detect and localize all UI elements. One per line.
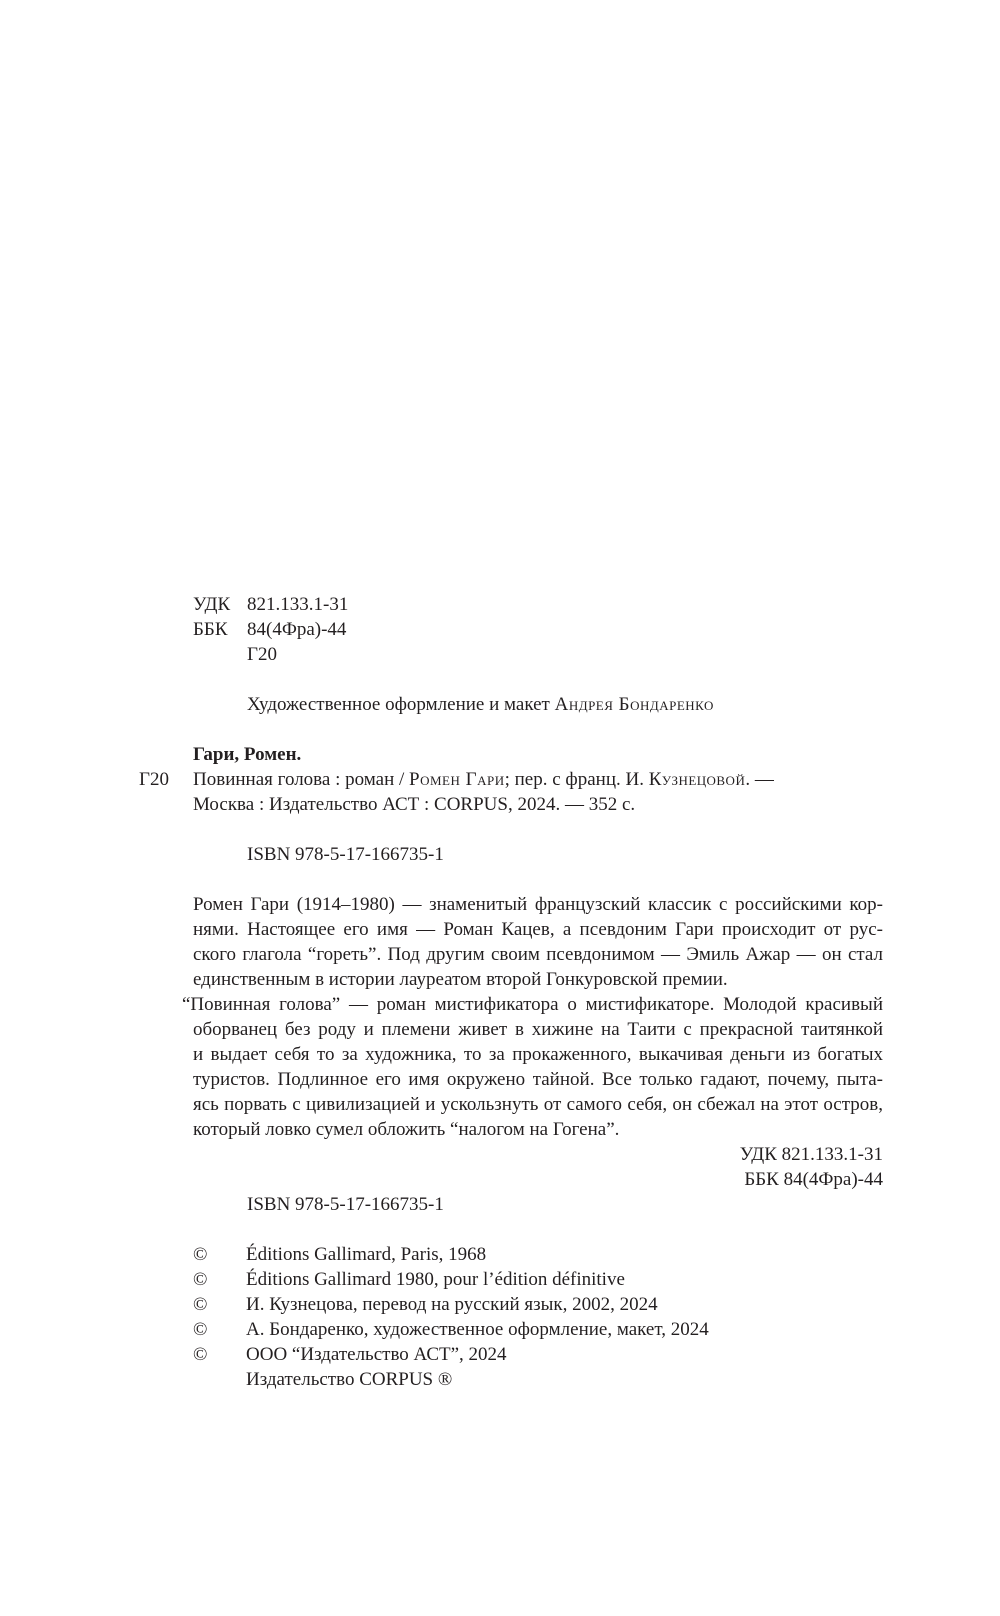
design-credit: Художественное оформление и макет Андрея… [247, 692, 714, 717]
design-credit-prefix: Художественное оформление и макет [247, 694, 550, 715]
copyright-icon: © [193, 1242, 246, 1267]
copyright-row: ©И. Кузнецова, перевод на русский язык, … [193, 1292, 658, 1317]
bib-mid: ; пер. с франц. И. [505, 769, 649, 790]
annotation-line: туристов. Подлинное его имя окружено тай… [193, 1067, 883, 1092]
udk-label: УДК [193, 592, 247, 617]
copyright-text: Éditions Gallimard, Paris, 1968 [246, 1244, 486, 1265]
bib-translator: Кузнецовой [649, 769, 746, 790]
annotation-line: нями. Настоящее его имя — Роман Кацев, а… [193, 917, 883, 942]
author-mark-top: Г20 [247, 642, 277, 667]
annotation-line: “Повинная голова” — роман мистификатора … [193, 992, 883, 1017]
annotation-line: Ромен Гари (1914–1980) — знаменитый фран… [193, 892, 883, 917]
annotation-bbk: ББК 84(4Фра)-44 [744, 1167, 883, 1192]
copyright-text: Éditions Gallimard 1980, pour l’édition … [246, 1269, 625, 1290]
author-mark-left: Г20 [139, 767, 169, 792]
bib-title: Повинная голова : роман / [193, 769, 409, 790]
copyright-row: ©Éditions Gallimard 1980, pour l’édition… [193, 1267, 625, 1292]
copyright-icon: © [193, 1317, 246, 1342]
annotation-line: и выдает себя то за художника, то за про… [193, 1042, 883, 1067]
copyright-icon: © [193, 1267, 246, 1292]
copyright-row: ©ООО “Издательство АСТ”, 2024 [193, 1342, 507, 1367]
copyright-text: А. Бондаренко, художественное оформление… [246, 1319, 709, 1340]
bib-line-1: Повинная голова : роман / Ромен Гари; пе… [193, 767, 774, 792]
annotation: Ромен Гари (1914–1980) — знаменитый фран… [193, 892, 883, 1142]
bbk-label: ББК [193, 617, 247, 642]
bib-line-2: Москва : Издательство АСТ : CORPUS, 2024… [193, 792, 635, 817]
copyright-row: ©А. Бондаренко, художественное оформлени… [193, 1317, 709, 1342]
annotation-line: единственным в истории лауреатом второй … [193, 967, 883, 992]
annotation-line: оборванец без роду и племени живет в хиж… [193, 1017, 883, 1042]
author-heading: Гари, Ромен. [193, 742, 301, 767]
annotation-udk: УДК 821.133.1-31 [740, 1142, 883, 1167]
copyright-text: ООО “Издательство АСТ”, 2024 [246, 1344, 507, 1365]
bbk-line: ББК84(4Фра)-44 [193, 617, 346, 642]
copyright-icon: © [193, 1292, 246, 1317]
annotation-line: ского глагола “гореть”. Под другим своим… [193, 942, 883, 967]
isbn-first: ISBN 978-5-17-166735-1 [247, 842, 444, 867]
udk-value: 821.133.1-31 [247, 594, 348, 615]
annotation-line: ясь порвать с цивилизацией и ускользнуть… [193, 1092, 883, 1117]
bib-end: . — [745, 769, 774, 790]
annotation-line: который ловко сумел обложить “налогом на… [193, 1117, 883, 1142]
copyright-text: И. Кузнецова, перевод на русский язык, 2… [246, 1294, 658, 1315]
design-credit-name: Андрея Бондаренко [555, 694, 714, 715]
copyright-row: ©Éditions Gallimard, Paris, 1968 [193, 1242, 486, 1267]
isbn-second: ISBN 978-5-17-166735-1 [247, 1192, 444, 1217]
bib-author: Ромен Гари [409, 769, 505, 790]
bbk-value: 84(4Фра)-44 [247, 619, 346, 640]
udk-line: УДК821.133.1-31 [193, 592, 348, 617]
copyright-icon: © [193, 1342, 246, 1367]
trademark-line: Издательство CORPUS ® [246, 1367, 452, 1392]
